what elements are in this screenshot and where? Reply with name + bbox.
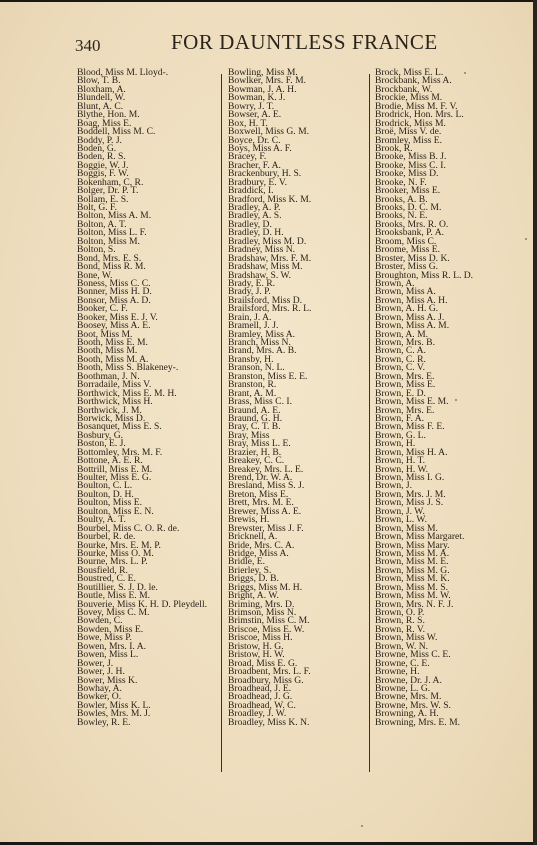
paper-speck — [455, 399, 457, 401]
index-entry: Bowley, R. E. — [77, 719, 217, 727]
index-entry: Broadley, Miss K. N. — [228, 719, 368, 727]
name-column-2: Bowling, Miss M.Bowlker, Mrs. F. M.Bowma… — [228, 69, 368, 727]
book-page: 340 FOR DAUNTLESS FRANCE Blood, Miss M. … — [0, 2, 533, 842]
paper-speck — [464, 72, 466, 74]
paper-speck — [361, 825, 363, 827]
paper-speck — [525, 238, 527, 240]
running-title: FOR DAUNTLESS FRANCE — [171, 30, 438, 55]
name-column-3: Brock, Miss E. L.Brockbank, Miss A.Brock… — [375, 69, 525, 727]
column-divider — [369, 74, 370, 772]
page-edge-shadow — [533, 0, 537, 845]
name-column-1: Blood, Miss M. Lloyd-.Blow, T. B.Bloxham… — [77, 69, 217, 727]
page-header: 340 FOR DAUNTLESS FRANCE — [75, 30, 485, 56]
page-number: 340 — [75, 36, 101, 56]
index-entry: Browning, Mrs. E. M. — [375, 719, 525, 727]
column-divider — [221, 74, 222, 772]
